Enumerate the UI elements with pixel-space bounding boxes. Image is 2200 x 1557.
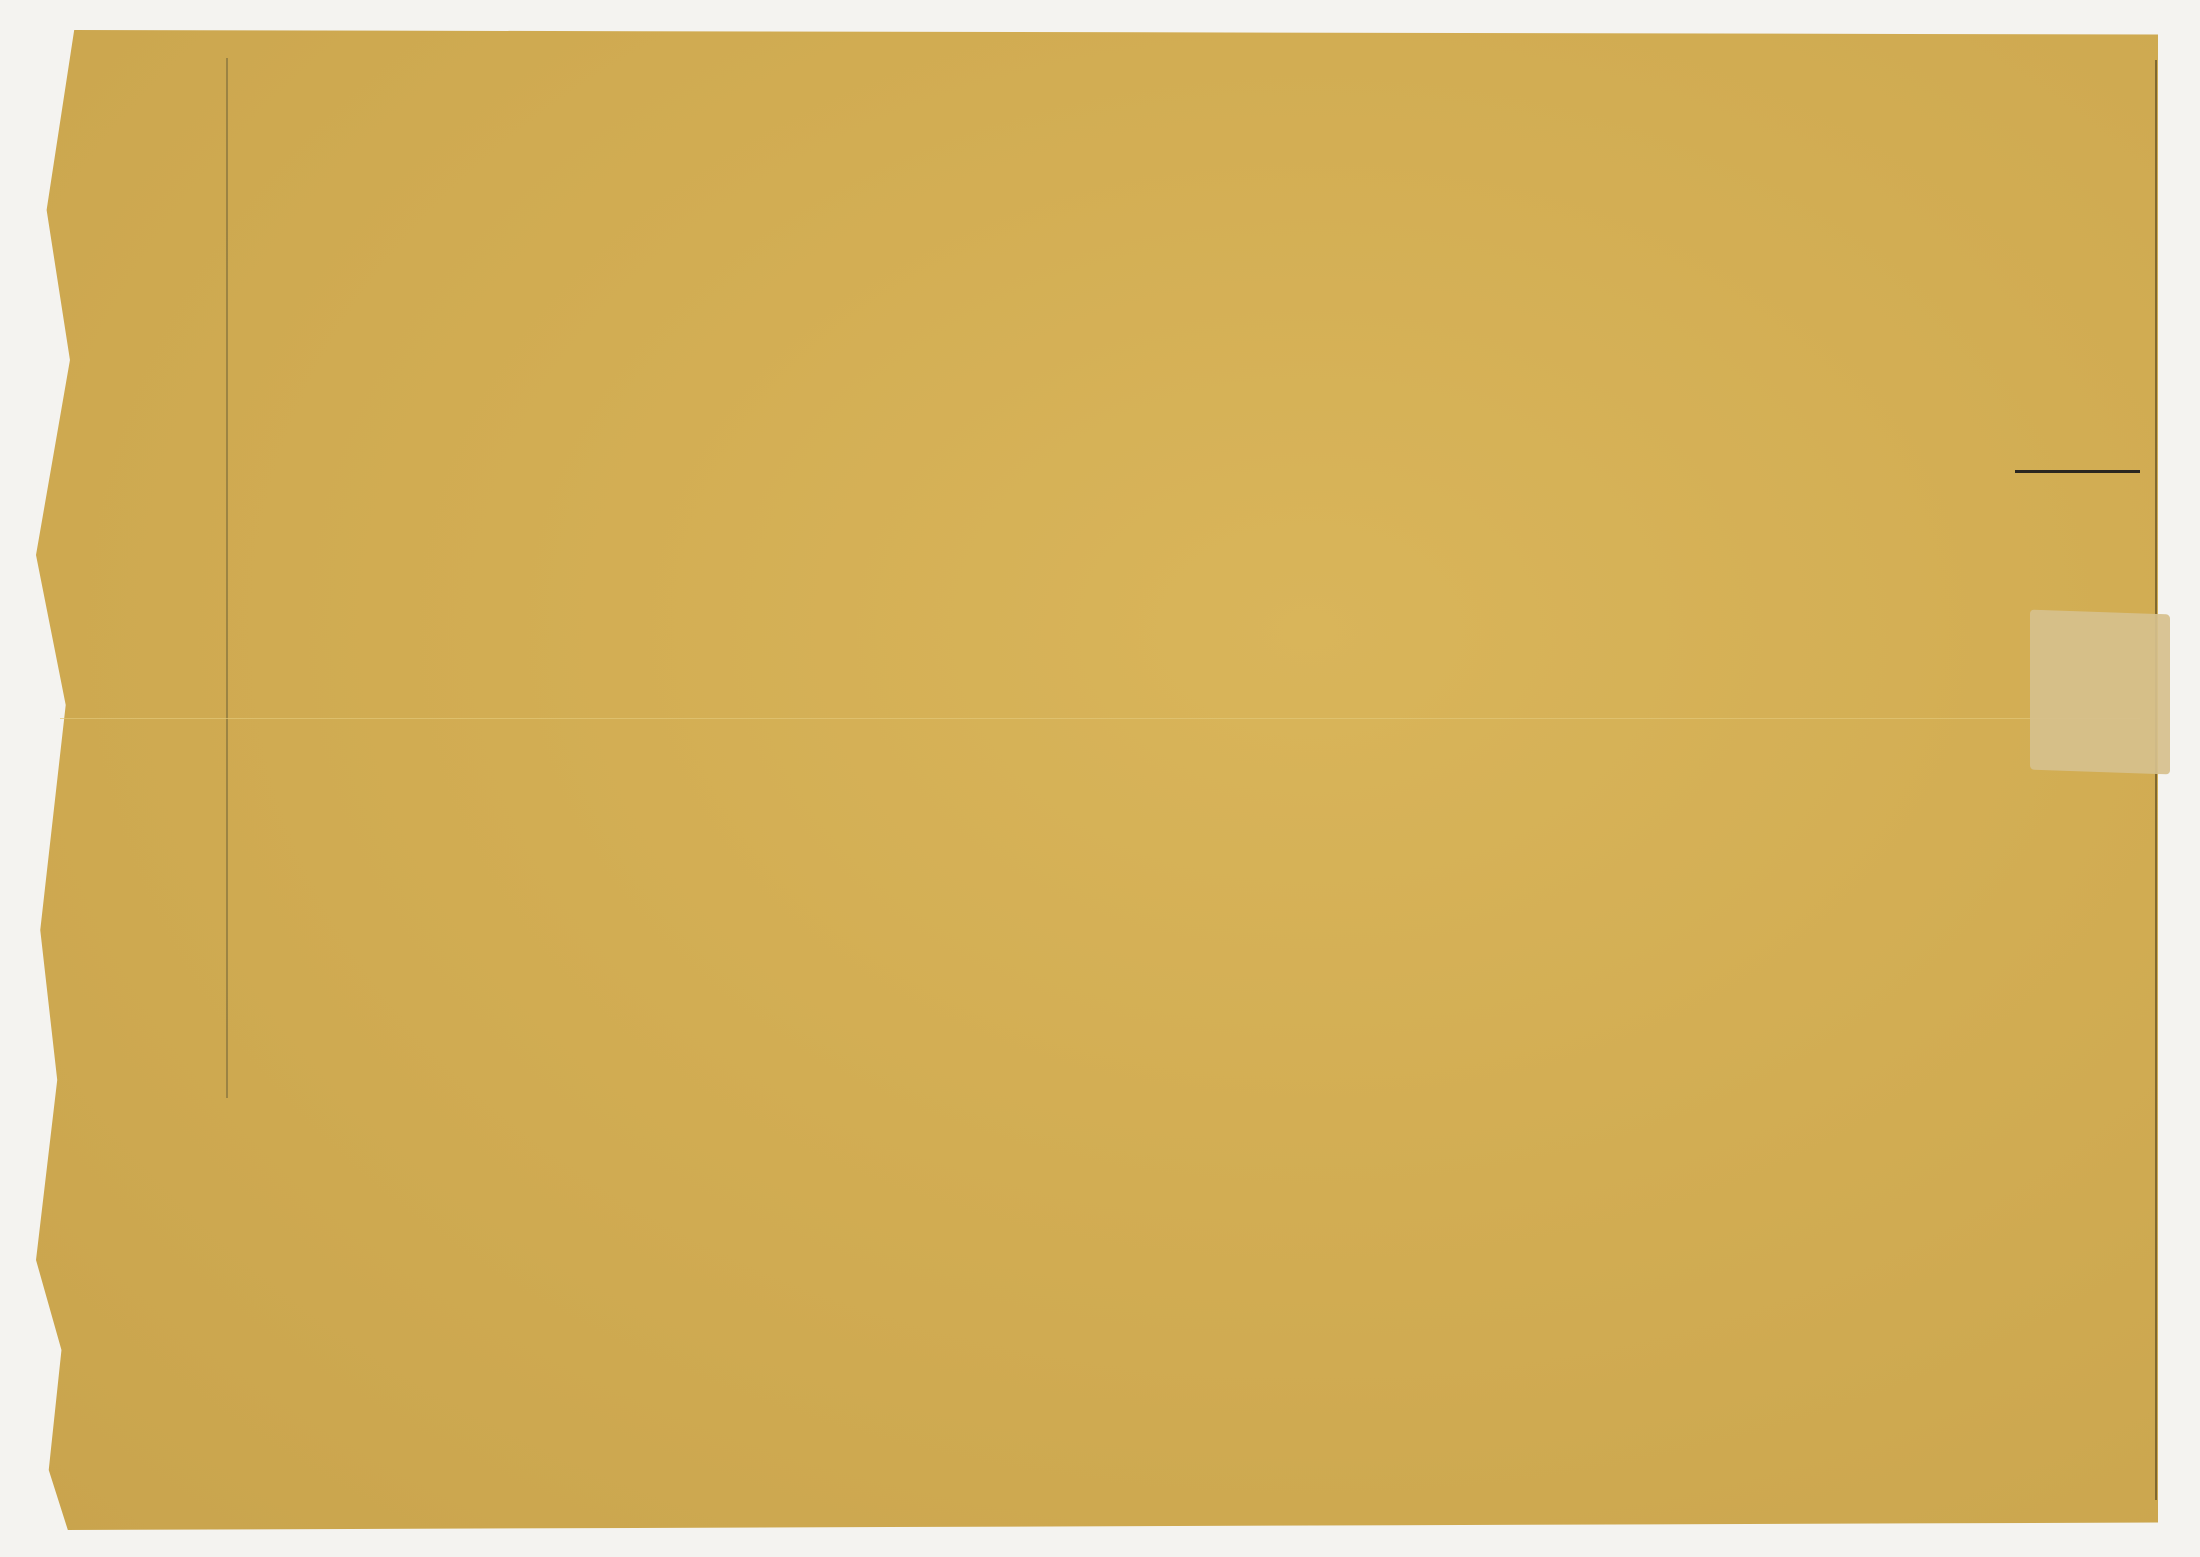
envelope-paper	[36, 30, 2158, 1530]
envelope-fold-line	[60, 718, 2140, 719]
masking-tape	[2030, 610, 2170, 775]
poem-line	[300, 1255, 340, 1309]
envelope-flap-seam-left	[226, 58, 228, 1098]
envelope-flap-seam-right	[2155, 60, 2157, 1500]
margin-rule	[2015, 470, 2140, 473]
